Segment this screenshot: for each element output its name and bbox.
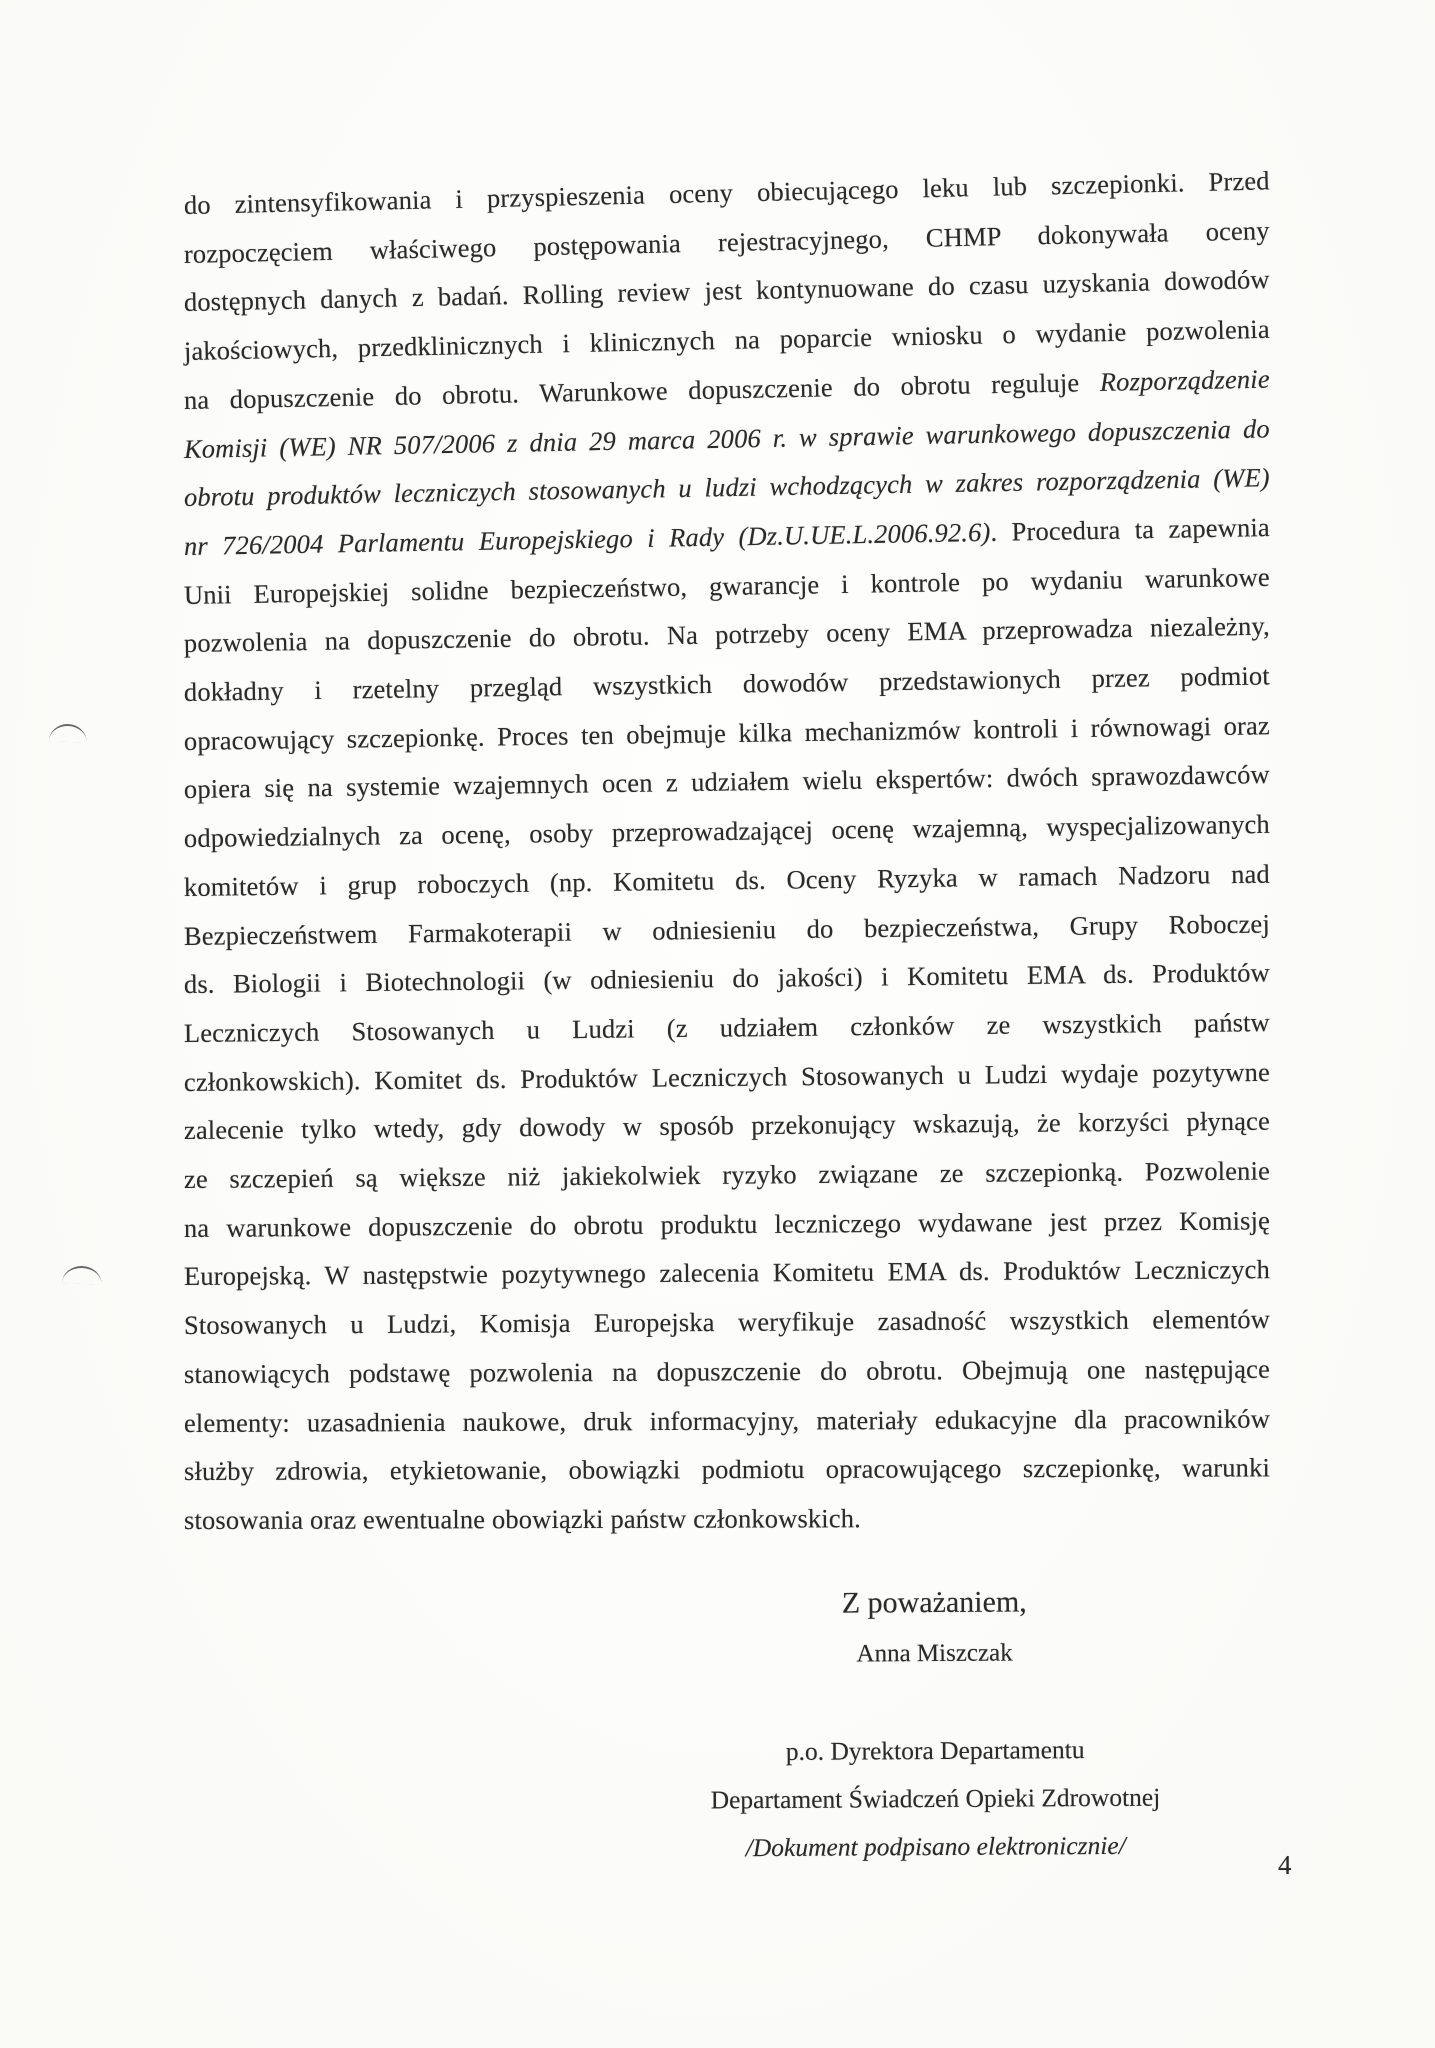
body-text-segment: służby zdrowia, etykietowanie, obowiązki… — [184, 1453, 1270, 1487]
body-text-segment: pozwolenia na dopuszczenie do obrotu. Na… — [184, 611, 1270, 658]
page-number: 4 — [1278, 1850, 1292, 1880]
body-text-segment: ds. Biologii i Biotechnologii (w odniesi… — [184, 958, 1270, 1000]
signature-block: Z poważaniem, Anna Miszczak p.o. Dyrekto… — [534, 1581, 1336, 1866]
electronic-signature-note: /Dokument podpisano elektronicznie/ — [536, 1829, 1336, 1866]
body-text-segment: . Procedura ta zapewnia — [990, 512, 1270, 547]
body-text-segment: członkowskich). Komitet ds. Produktów Le… — [184, 1057, 1270, 1097]
body-text-segment: na dopuszczenie do obrotu. Warunkowe dop… — [184, 367, 1100, 415]
body-text-italic-segment: obrotu produktów leczniczych stosowanych… — [184, 462, 1270, 512]
body-text-segment: zalecenie tylko wtedy, gdy dowody w spos… — [184, 1106, 1270, 1145]
body-text-segment: Stosowanych u Ludzi, Komisja Europejska … — [184, 1304, 1270, 1340]
body-text-segment: komitetów i grup roboczych (np. Komitetu… — [184, 859, 1270, 902]
body-text-segment: dokładny i rzetelny przegląd wszystkich … — [184, 660, 1270, 707]
text-line: na warunkowe dopuszczenie do obrotu prod… — [184, 1196, 1270, 1252]
signer-department: Departament Świadczeń Opieki Zdrowotnej — [535, 1781, 1335, 1818]
body-text-italic-segment: Rozporządzenie — [1099, 363, 1269, 396]
closing-phrase: Z poważaniem, — [534, 1581, 1334, 1626]
body-text-segment: Unii Europejskiej solidne bezpieczeństwo… — [184, 561, 1270, 609]
signer-role: p.o. Dyrektora Departamentu — [535, 1733, 1335, 1770]
text-line: Europejską. W następstwie pozytywnego za… — [184, 1246, 1270, 1302]
text-line: Stosowanych u Ludzi, Komisja Europejska … — [184, 1295, 1270, 1350]
body-text-segment: stosowania oraz ewentualne obowiązki pań… — [184, 1503, 861, 1535]
body-text-segment: Europejską. W następstwie pozytywnego za… — [184, 1255, 1270, 1292]
text-line: ze szczepień są większe niż jakiekolwiek… — [184, 1147, 1270, 1204]
body-text-italic-segment: nr 726/2004 Parlamentu Europejskiego i R… — [184, 517, 991, 561]
text-line: zalecenie tylko wtedy, gdy dowody w spos… — [184, 1097, 1270, 1155]
text-line: elementy: uzasadnienia naukowe, druk inf… — [184, 1394, 1270, 1447]
body-text-segment: elementy: uzasadnienia naukowe, druk inf… — [184, 1403, 1270, 1437]
body-text-segment: opracowujący szczepionkę. Proces ten obe… — [184, 710, 1270, 756]
body-text-segment: odpowiedzialnych za ocenę, osoby przepro… — [184, 809, 1270, 853]
signer-name: Anna Miszczak — [534, 1637, 1334, 1672]
body-text-segment: Bezpieczeństwem Farmakoterapii w odniesi… — [184, 908, 1270, 951]
body-text-segment: na warunkowe dopuszczenie do obrotu prod… — [184, 1205, 1270, 1243]
body-text-segment: ze szczepień są większe niż jakiekolwiek… — [184, 1156, 1270, 1194]
body-text-segment: Leczniczych Stosowanych u Ludzi (z udzia… — [184, 1007, 1270, 1048]
text-line: stanowiących podstawę pozwolenia na dopu… — [184, 1345, 1270, 1399]
margin-curve-mark-icon — [62, 1265, 103, 1284]
body-text-segment: opiera się na systemie wzajemnych ocen z… — [184, 759, 1270, 804]
scanned-letter-page: do zintensyfikowania i przyspieszenia oc… — [0, 0, 1435, 2048]
body-text-segment: stanowiących podstawę pozwolenia na dopu… — [184, 1354, 1270, 1389]
text-line: stosowania oraz ewentualne obowiązki pań… — [184, 1493, 1270, 1545]
letter-body: do zintensyfikowania i przyspieszenia oc… — [184, 181, 1270, 1545]
text-line: służby zdrowia, etykietowanie, obowiązki… — [184, 1444, 1270, 1496]
margin-curve-mark-icon — [49, 723, 88, 742]
